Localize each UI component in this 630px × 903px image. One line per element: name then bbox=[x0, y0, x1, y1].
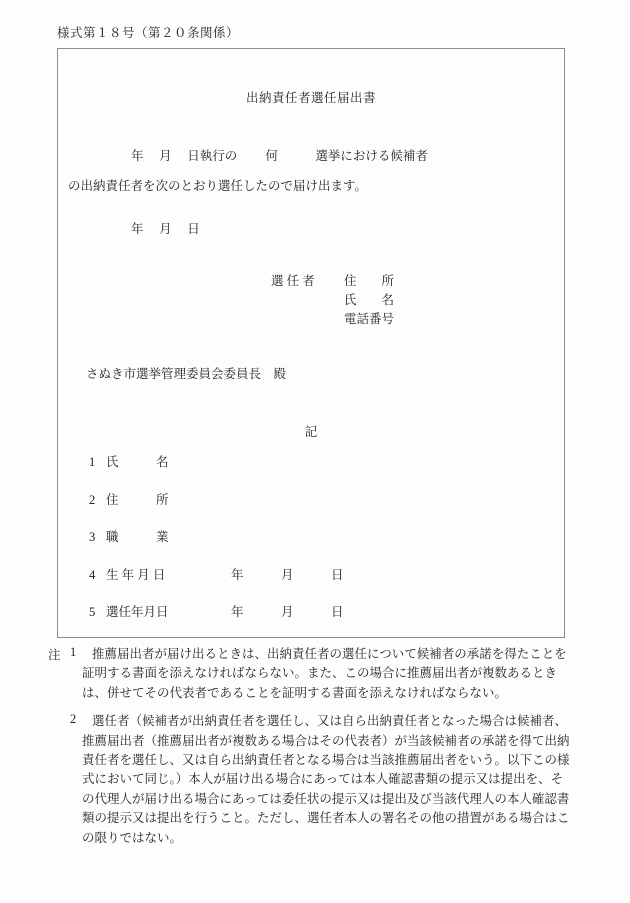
item-row-address: 2 住 所 bbox=[89, 494, 554, 506]
document-title: 出納責任者選任届出書 bbox=[58, 88, 564, 106]
appointer-label: 選 任 者 bbox=[271, 272, 344, 291]
item-number: 1 bbox=[89, 456, 106, 468]
document-page: { "page": { "form_number_label": "様式第１８号… bbox=[0, 0, 630, 903]
note-text-2: 選任者（候補者が出納責任者を選任し、又は自ら出納責任者となった場合は候補者、 推… bbox=[82, 712, 574, 848]
item-label-address: 住 所 bbox=[106, 494, 231, 506]
note-item-1: 注 1 推薦届出者が届け出るときは、出納責任者の選任について候補者の承諾を得たこ… bbox=[0, 645, 630, 703]
item-label-name: 氏 名 bbox=[106, 456, 231, 468]
appointer-address-row: 選 任 者 住 所 bbox=[271, 272, 394, 291]
item-row-name: 1 氏 名 bbox=[89, 456, 554, 468]
appointer-address-field: 住 所 bbox=[344, 272, 394, 291]
note-text-1: 推薦届出者が届け出るときは、出納責任者の選任について候補者の承諾を得たことを 証… bbox=[82, 645, 574, 703]
item-number: 4 bbox=[89, 569, 106, 581]
item-label-occupation: 職 業 bbox=[106, 531, 231, 543]
form-border-box: 出納責任者選任届出書 年 月 日執行の 何 選挙における候補者 の出納責任者を次… bbox=[57, 48, 565, 638]
notification-statement: の出納責任者を次のとおり選任したので届け出ます。 bbox=[68, 176, 367, 194]
item-label-birthdate: 生 年 月 日 bbox=[106, 569, 231, 581]
form-number-label: 様式第１８号（第２０条関係） bbox=[57, 23, 239, 41]
notes-section: 注 1 推薦届出者が届け出るときは、出納責任者の選任について候補者の承諾を得たこ… bbox=[0, 645, 630, 857]
item-row-birthdate: 4 生 年 月 日 年 月 日 bbox=[89, 569, 554, 581]
appointer-phone-field: 電話番号 bbox=[344, 310, 394, 329]
appointer-label-spacer bbox=[271, 310, 344, 329]
item-number: 5 bbox=[89, 606, 106, 618]
submission-date-line: 年 月 日 bbox=[131, 219, 200, 237]
appointer-block: 選 任 者 住 所 氏 名 電話番号 bbox=[271, 272, 394, 329]
appointer-phone-row: 電話番号 bbox=[271, 310, 394, 329]
appointer-name-row: 氏 名 bbox=[271, 291, 394, 310]
item-row-occupation: 3 職 業 bbox=[89, 531, 554, 543]
item-number: 3 bbox=[89, 531, 106, 543]
item-label-appointment-date: 選任年月日 bbox=[106, 606, 231, 618]
item-number: 2 bbox=[89, 494, 106, 506]
item-value-appointment-date: 年 月 日 bbox=[231, 606, 344, 618]
note-number-1: 1 bbox=[70, 645, 76, 660]
election-date-line: 年 月 日執行の 何 選挙における候補者 bbox=[131, 146, 428, 164]
appointer-label-spacer bbox=[271, 291, 344, 310]
addressee-line: さぬき市選挙管理委員会委員長 殿 bbox=[86, 364, 286, 382]
note-item-2: 2 選任者（候補者が出納責任者を選任し、又は自ら出納責任者となった場合は候補者、… bbox=[0, 712, 630, 848]
form-item-list: 1 氏 名 2 住 所 3 職 業 4 生 年 月 日 年 月 日 5 選任年月… bbox=[89, 456, 554, 618]
item-value-birthdate: 年 月 日 bbox=[231, 569, 344, 581]
note-number-2: 2 bbox=[70, 712, 76, 727]
notes-marker: 注 bbox=[48, 645, 61, 663]
item-row-appointment-date: 5 選任年月日 年 月 日 bbox=[89, 606, 554, 618]
list-heading: 記 bbox=[58, 422, 564, 440]
appointer-name-field: 氏 名 bbox=[344, 291, 394, 310]
